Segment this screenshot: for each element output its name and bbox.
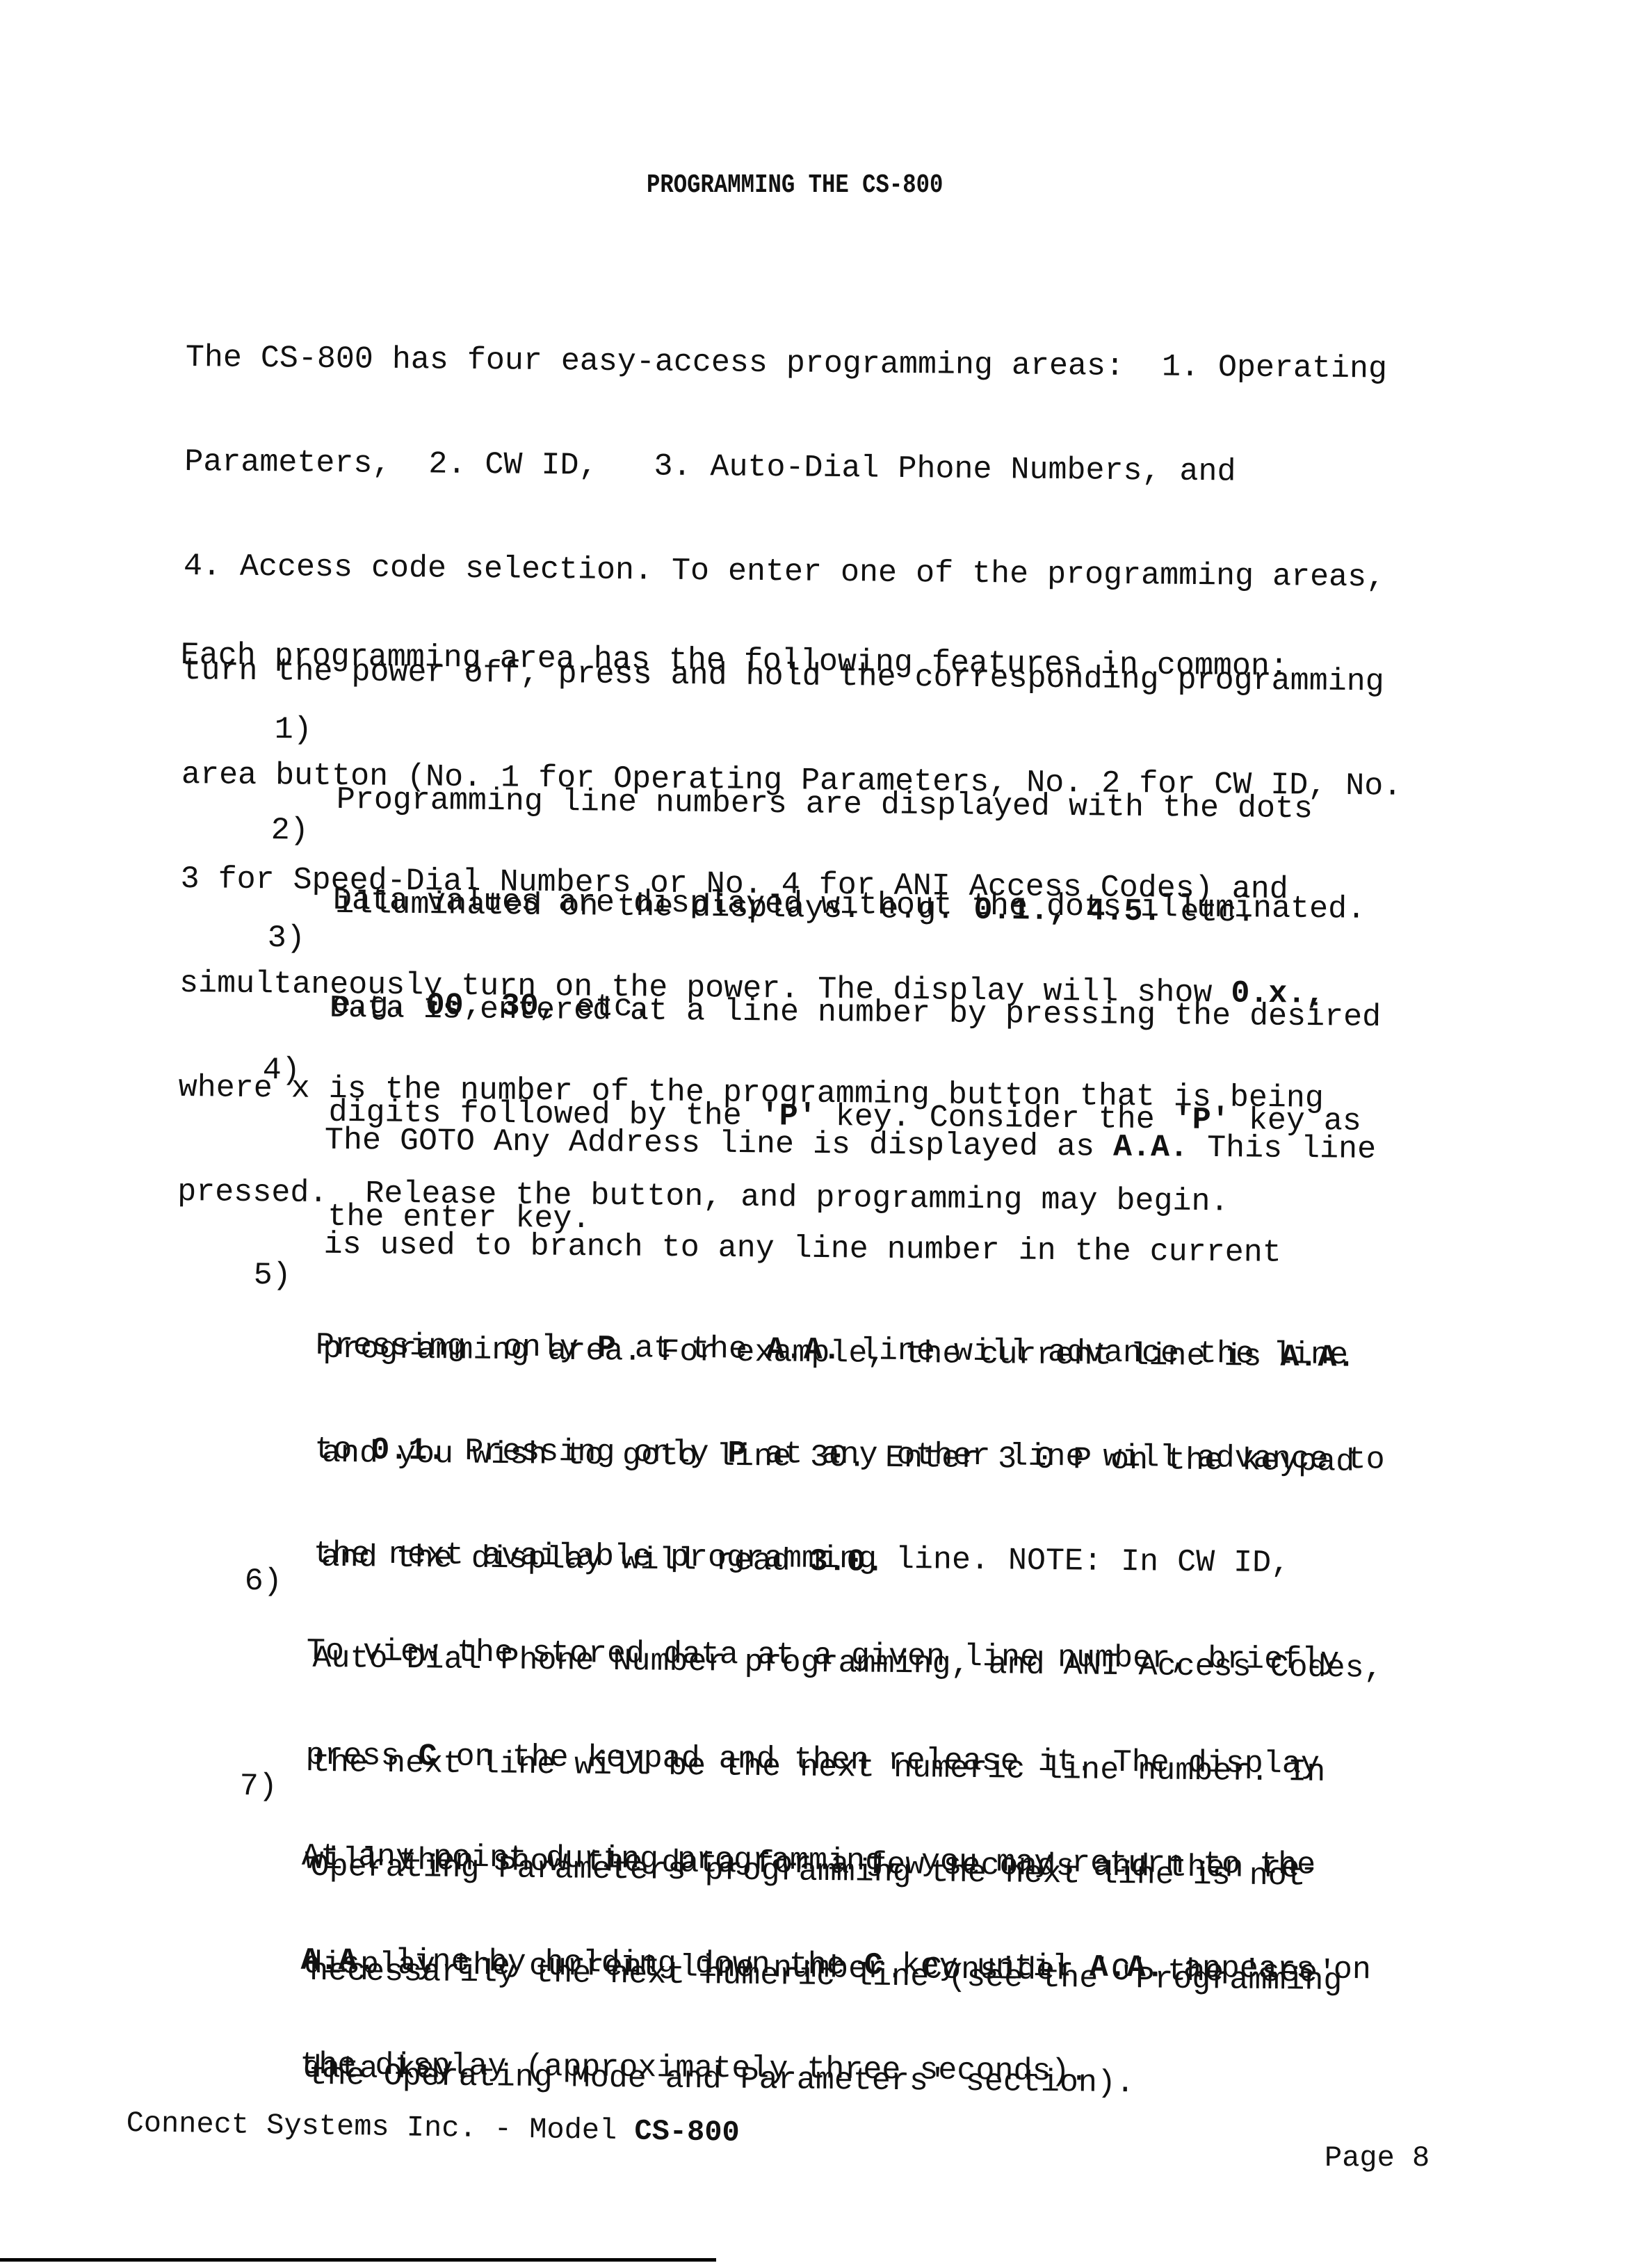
scan-edge-line bbox=[0, 2258, 716, 2262]
item-number: 4) bbox=[263, 1053, 300, 1088]
item-number: 2) bbox=[271, 813, 309, 848]
item-line: At any point during programming, you may… bbox=[302, 1840, 1372, 1883]
page-number: Page 8 bbox=[1325, 2141, 1430, 2175]
item-line: The GOTO Any Address line is displayed a… bbox=[325, 1124, 1377, 1167]
item-line: to 0.1. Pressing only P at any other lin… bbox=[314, 1433, 1385, 1478]
item-number: 5) bbox=[254, 1258, 291, 1294]
intro-line: Parameters, 2. CW ID, 3. Auto-Dial Phone… bbox=[184, 445, 1405, 492]
item-number: 7) bbox=[240, 1769, 277, 1804]
item-line: To view the stored data at a given line … bbox=[307, 1635, 1340, 1678]
footer-company-text: Connect Systems Inc. - Model bbox=[126, 2107, 635, 2148]
item-line: Data is entered at a line number by pres… bbox=[330, 991, 1382, 1035]
item-number: 3) bbox=[268, 921, 305, 956]
item-line: Data values are displayed without the do… bbox=[333, 884, 1366, 927]
item-number: 1) bbox=[275, 713, 312, 748]
item-line: the display (approximately three seconds… bbox=[300, 2048, 1370, 2092]
item-number: 6) bbox=[245, 1564, 282, 1599]
item-line: A.A. line by holding down the C key unti… bbox=[300, 1944, 1371, 1988]
intro-line: 4. Access code selection. To enter one o… bbox=[184, 549, 1404, 596]
page-title: PROGRAMMING THE CS-800 bbox=[647, 170, 943, 200]
intro-line: The CS-800 has four easy-access programm… bbox=[186, 341, 1407, 387]
item-line: Pressing only P at the A.A. line will ad… bbox=[316, 1329, 1386, 1374]
footer-model: CS-800 bbox=[634, 2114, 740, 2149]
